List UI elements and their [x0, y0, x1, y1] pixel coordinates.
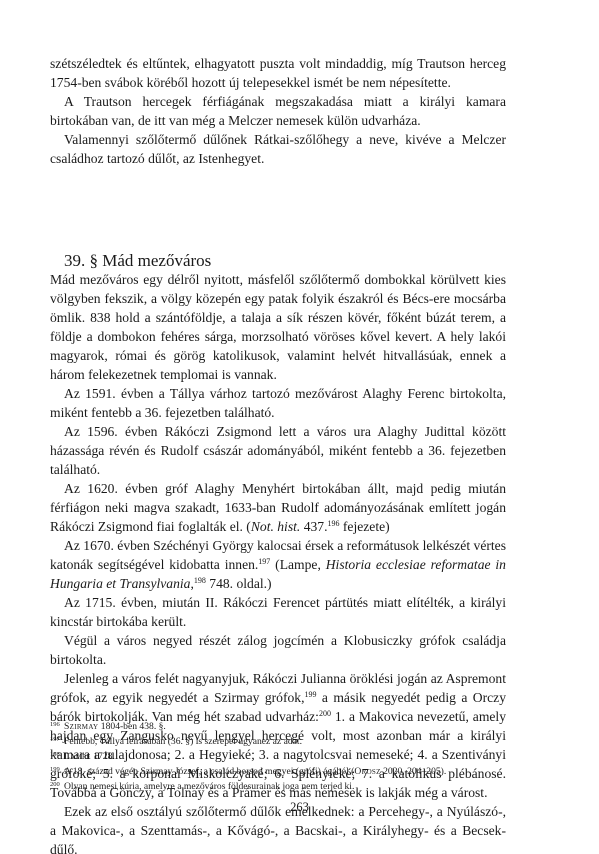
paragraph: szétszéledtek és eltűntek, elhagyatott p… [50, 54, 506, 92]
footnote: 198Lampe 1728. [50, 748, 506, 763]
footnote-ref[interactable]: 198 [194, 576, 206, 585]
footnote-ref[interactable]: 197 [258, 557, 270, 566]
paragraph: Az 1670. évben Széchényi György kalocsai… [50, 536, 506, 593]
footnote-number: 198 [50, 748, 64, 761]
footnote-ref[interactable]: 199 [304, 690, 316, 699]
footnote-number: 199 [50, 763, 64, 776]
paragraph: Valamennyi szőlőtermő dűlőnek Rátkai-sző… [50, 130, 506, 168]
continued-text: szétszéledtek és eltűntek, elhagyatott p… [50, 54, 506, 168]
paragraph: Az 1620. évben gróf Alaghy Menyhért birt… [50, 479, 506, 536]
footnote: 199A 18. század végén Szirmay József, a … [50, 763, 506, 778]
book-page: szétszéledtek és eltűntek, elhagyatott p… [0, 0, 599, 854]
footnote: 196Szirmay 1804-ben 438. §. [50, 718, 506, 733]
paragraph: A Trautson hercegek férfiágának megszaka… [50, 92, 506, 130]
italic-citation: Not. hist. [251, 519, 300, 534]
footnote-number: 197 [50, 733, 64, 746]
footnote-number: 200 [50, 778, 64, 791]
footnote: 200Olyan nemesi kúria, amelyre a mezővár… [50, 778, 506, 793]
paragraph: Végül a város negyed részét zálog jogcím… [50, 631, 506, 669]
footnote-ref[interactable]: 196 [328, 519, 340, 528]
footnote-number: 196 [50, 718, 64, 731]
paragraph: Mád mezőváros egy délről nyitott, másfel… [50, 270, 506, 384]
paragraph: Az 1715. évben, miután II. Rákóczi Feren… [50, 593, 506, 631]
section-heading: 39. § Mád mezőváros [64, 251, 211, 271]
footnotes: 196Szirmay 1804-ben 438. §. 197Fentebb, … [50, 718, 506, 793]
paragraph: Az 1591. évben a Tállya várhoz tartozó m… [50, 384, 506, 422]
paragraph: Az 1596. évben Rákóczi Zsigmond lett a v… [50, 422, 506, 479]
footnote: 197Fentebb, Tállya leírásában (36. §) is… [50, 733, 506, 748]
page-number: 263 [0, 800, 599, 815]
footnote-ref[interactable]: 200 [319, 709, 331, 718]
